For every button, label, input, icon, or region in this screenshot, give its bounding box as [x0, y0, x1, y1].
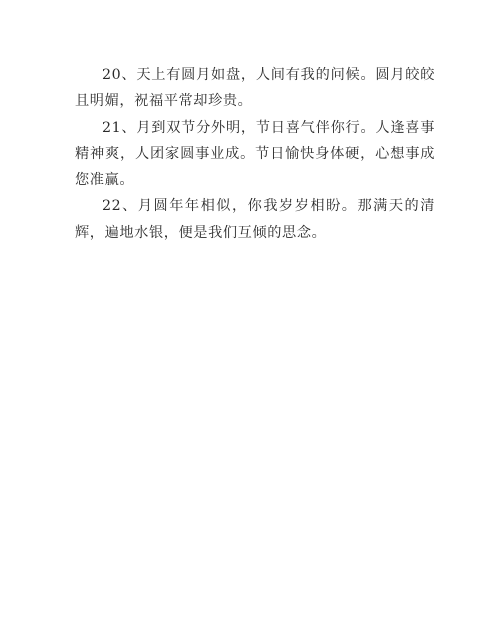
paragraph-22: 22、月圆年年相似，你我岁岁相盼。那满天的清辉，遍地水银，便是我们互倾的思念。: [75, 193, 435, 246]
paragraph-20: 20、天上有圆月如盘，人间有我的问候。圆月皎皎且明媚，祝福平常却珍贵。: [75, 62, 435, 115]
document-body: 20、天上有圆月如盘，人间有我的问候。圆月皎皎且明媚，祝福平常却珍贵。 21、月…: [75, 62, 435, 246]
document-page: 20、天上有圆月如盘，人间有我的问候。圆月皎皎且明媚，祝福平常却珍贵。 21、月…: [0, 0, 500, 637]
paragraph-21: 21、月到双节分外明，节日喜气伴你行。人逢喜事精神爽，人团家圆事业成。节日愉快身…: [75, 115, 435, 194]
